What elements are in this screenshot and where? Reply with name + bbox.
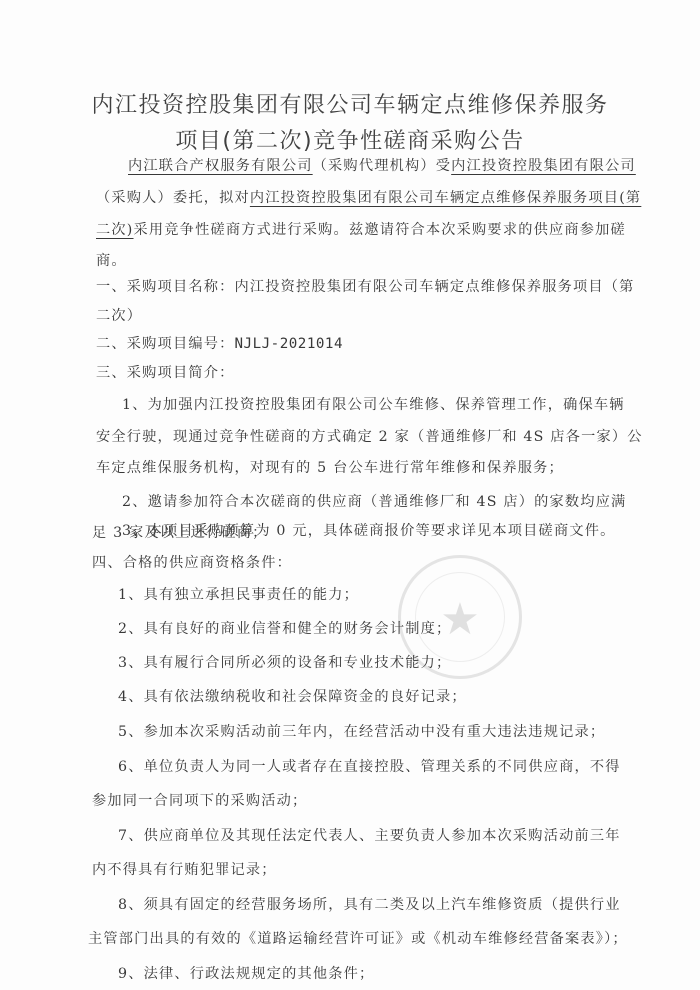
intro-line-2: （采购人）委托，拟对内江投资控股集团有限公司车辆定点维修保养服务项目(第 — [96, 187, 641, 207]
project-number-label: 二、采购项目编号： — [96, 336, 235, 352]
qualification-item-line-3: 3、具有履行合同所必须的设备和专业技术能力； — [118, 652, 451, 672]
agency-role: （采购代理机构）受 — [313, 158, 452, 174]
qualification-item-line-10: 8、须具有固定的经营服务场所，具有二类及以上汽车维修资质（提供行业 — [118, 894, 621, 914]
purchaser-name: 内江投资控股集团有限公司 — [451, 158, 636, 174]
project-name-part-2: 二次) — [96, 222, 134, 238]
qualification-item-line-5: 5、参加本次采购活动前三年内，在经营活动中没有重大违法违规记录； — [118, 721, 605, 741]
qualification-item-line-4: 4、具有依法缴纳税收和社会保障资金的良好记录； — [118, 686, 467, 706]
purchaser-role: （采购人）委托，拟对 — [96, 190, 250, 206]
intro-line-3: 二次)采用竞争性磋商方式进行采购。兹邀请符合本次采购要求的供应商参加磋 — [96, 219, 626, 239]
qualification-item-line-1: 1、具有独立承担民事责任的能力； — [118, 584, 359, 604]
intro-line-4: 商。 — [96, 250, 127, 270]
document-title-line-2: 项目(第二次)竞争性磋商采购公告 — [0, 124, 700, 155]
section-1-line-1: 一、采购项目名称：内江投资控股集团有限公司车辆定点维修保养服务项目（第 — [96, 276, 635, 296]
section-1-line-2: 二次） — [96, 305, 142, 325]
section-3-heading: 三、采购项目简介： — [96, 362, 235, 382]
section-3-item-1-line-3: 车定点维保服务机构，对现有的 5 台公车进行常年维修和保养服务； — [96, 457, 564, 477]
qualification-item-line-12: 9、法律、行政法规规定的其他条件； — [118, 963, 374, 983]
qualification-item-line-11: 主管部门出具的有效的《道路运输经营许可证》或《机动车维修经营备案表》）； — [88, 928, 628, 948]
project-name-part-1: 内江投资控股集团有限公司车辆定点维修保养服务项目(第 — [250, 190, 641, 206]
section-2: 二、采购项目编号：NJLJ-2021014 — [96, 333, 343, 353]
qualification-item-line-6: 6、单位负责人为同一人或者存在直接控股、管理关系的不同供应商，不得 — [118, 756, 621, 776]
project-number: NJLJ-2021014 — [235, 336, 344, 352]
qualification-item-line-7: 参加同一合同项下的采购活动； — [92, 790, 307, 810]
section-3-item-3: 3、本项目采购预算为 0 元，具体磋商报价等要求详见本项目磋商文件。 — [122, 520, 616, 540]
agency-name: 内江联合产权服务有限公司 — [128, 158, 313, 174]
section-3-item-2-line-1: 2、邀请参加符合本次磋商的供应商（普通维修厂和 4S 店）的家数均应满 — [122, 491, 626, 511]
intro-line-1: 内江联合产权服务有限公司（采购代理机构）受内江投资控股集团有限公司 — [128, 155, 636, 175]
section-3-item-1-line-2: 安全行驶，现通过竞争性磋商的方式确定 2 家（普通维修厂和 4S 店各一家）公 — [96, 426, 643, 446]
qualification-item-line-8: 7、供应商单位及其现任法定代表人、主要负责人参加本次采购活动前三年 — [118, 825, 621, 845]
section-3-item-1-line-1: 1、为加强内江投资控股集团有限公司公车维修、保养管理工作，确保车辆 — [122, 394, 625, 414]
qualification-item-line-2: 2、具有良好的商业信誉和健全的财务会计制度； — [118, 618, 451, 638]
section-4-heading: 四、合格的供应商资格条件： — [92, 552, 292, 572]
document-title-line-1: 内江投资控股集团有限公司车辆定点维修保养服务 — [0, 88, 700, 119]
document-page: 内江投资控股集团有限公司车辆定点维修保养服务 项目(第二次)竞争性磋商采购公告 … — [0, 0, 700, 990]
qualification-item-line-9: 内不得具有行贿犯罪记录； — [92, 859, 277, 879]
intro-rest: 采用竞争性磋商方式进行采购。兹邀请符合本次采购要求的供应商参加磋 — [134, 222, 626, 238]
